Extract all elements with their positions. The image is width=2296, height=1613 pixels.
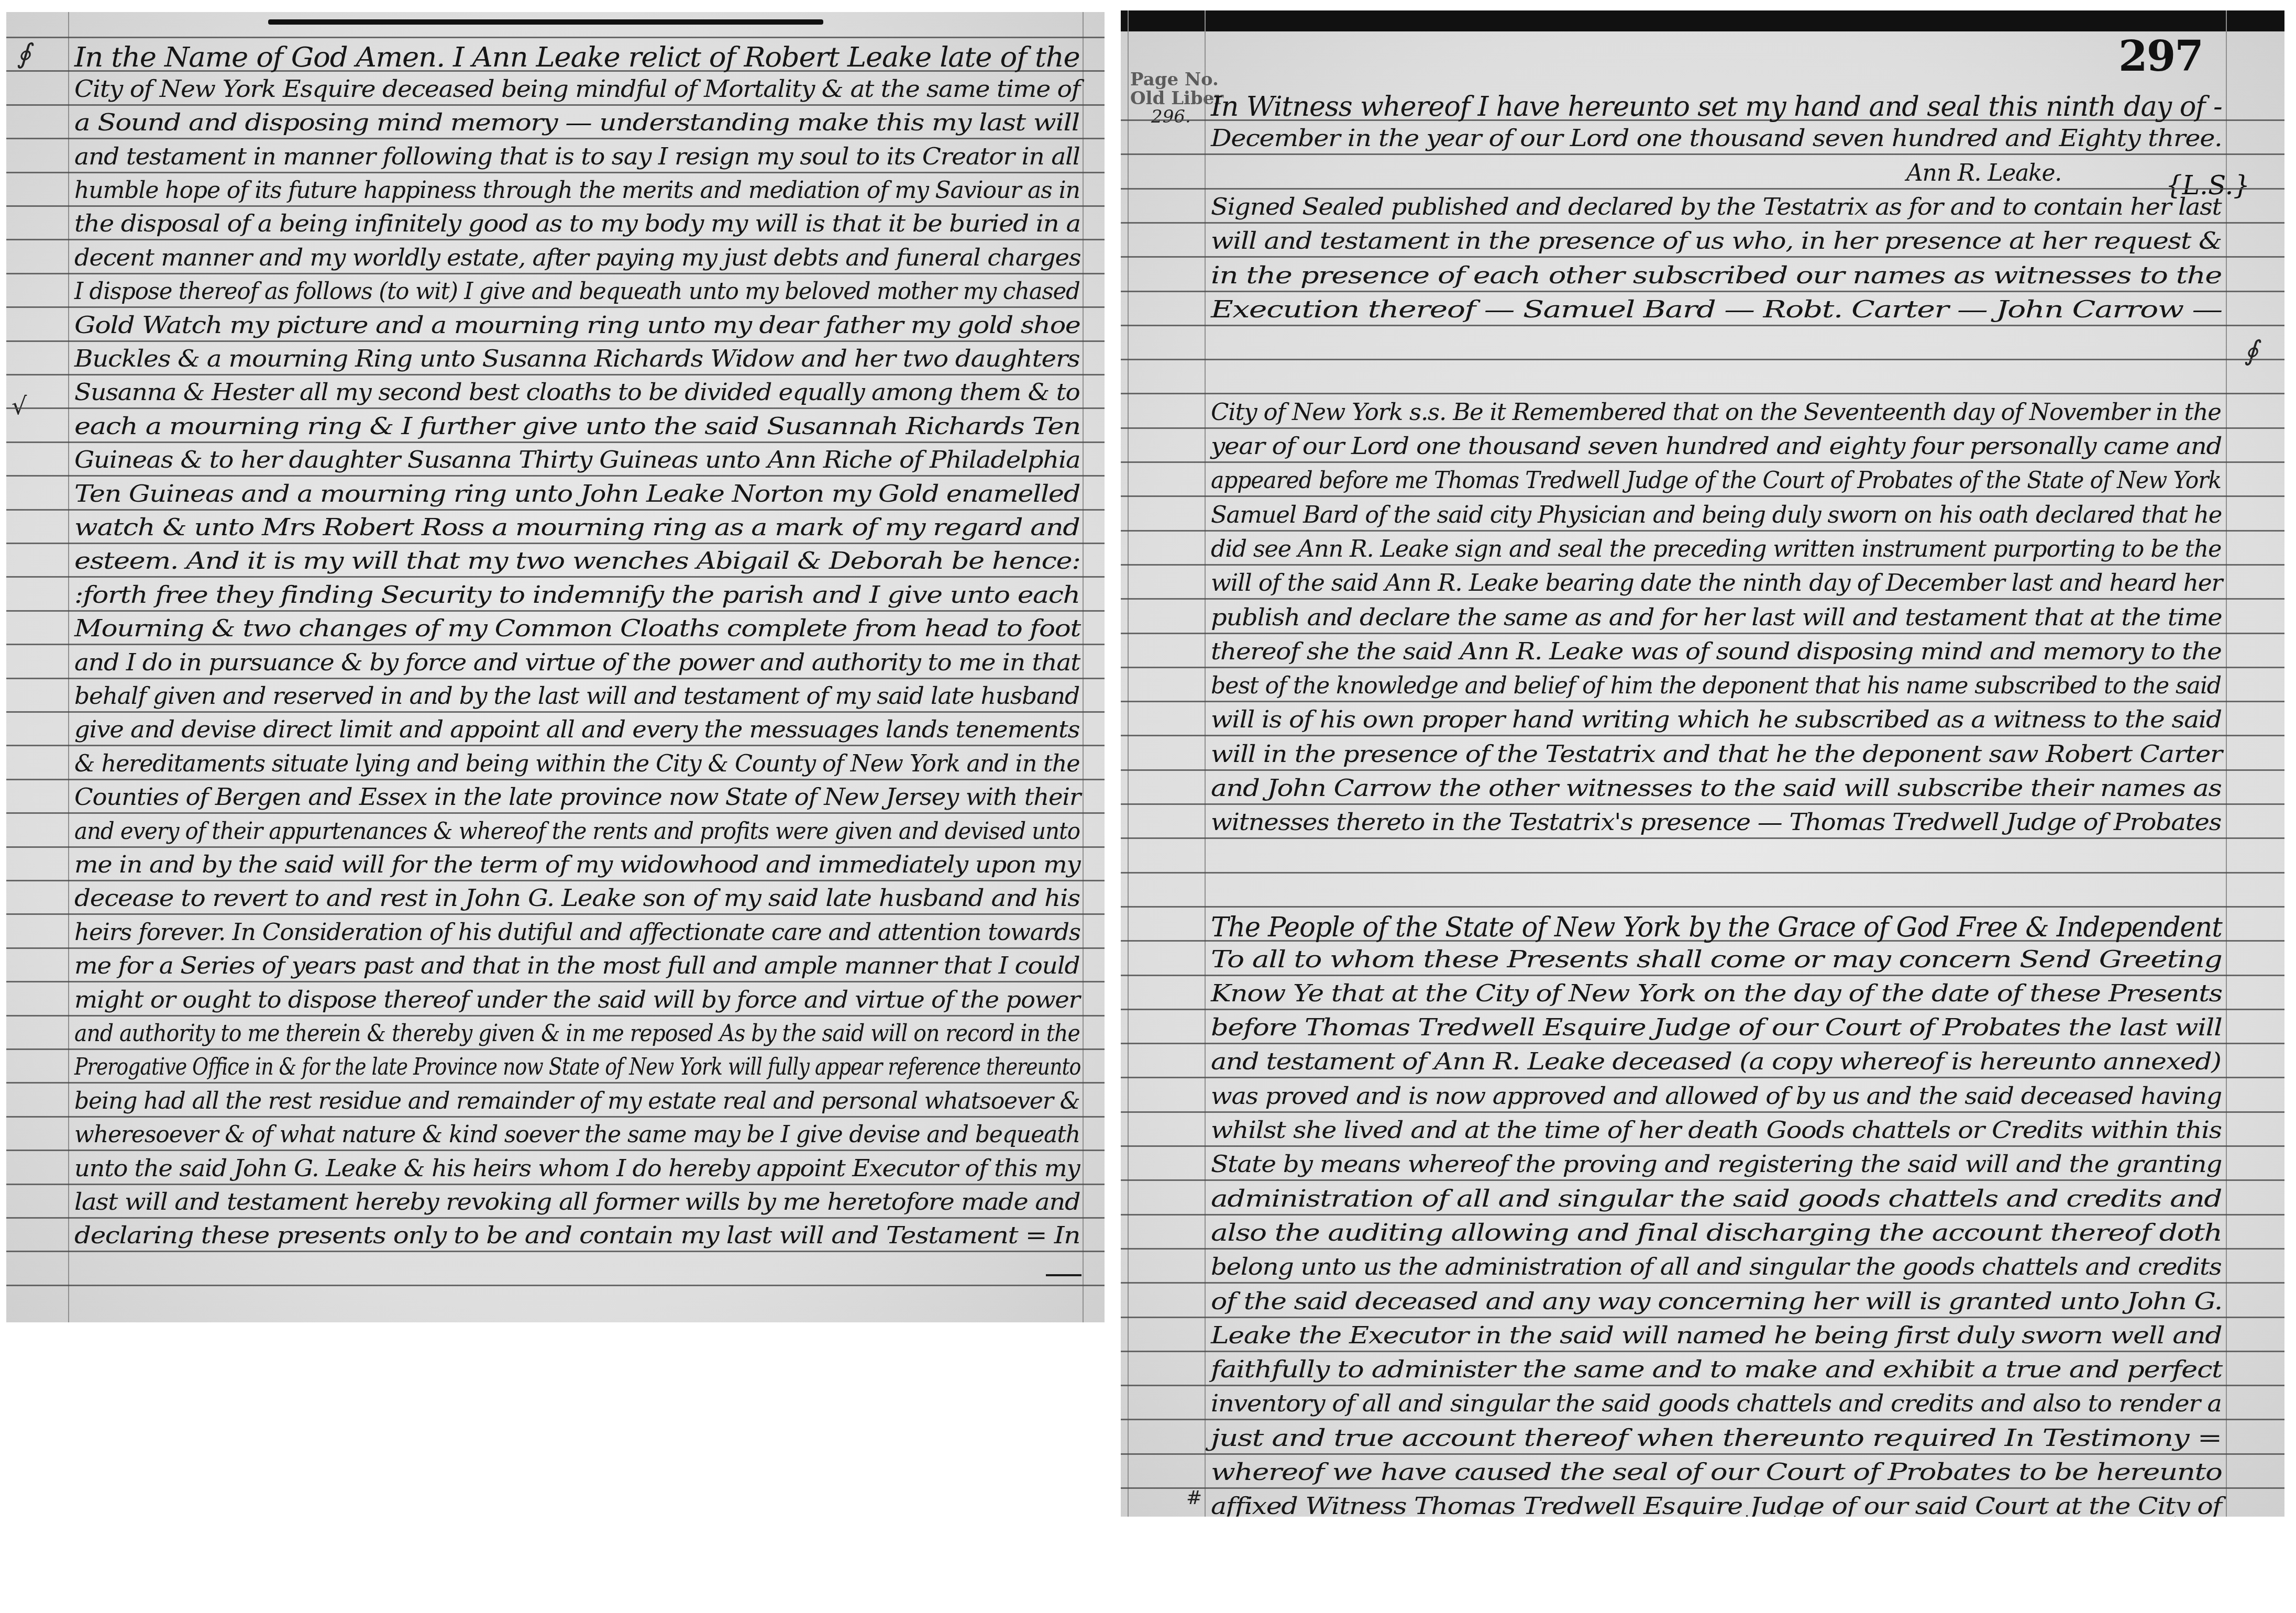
- rule-line: [1121, 598, 2284, 600]
- handwritten-line: and every of their appurtenances & where…: [74, 820, 1080, 843]
- handwritten-line: appeared before me Thomas Tredwell Judge…: [1211, 469, 2221, 492]
- handwritten-line: Samuel Bard of the said city Physician a…: [1211, 504, 2222, 527]
- rule-line: [1121, 735, 2284, 736]
- handwritten-line: To all to whom these Presents shall come…: [1211, 948, 2222, 971]
- rule-line: [1121, 667, 2284, 668]
- handwritten-line: and testament of Ann R. Leake deceased (…: [1211, 1051, 2221, 1074]
- handwritten-line: Know Ye that at the City of New York on …: [1211, 982, 2222, 1006]
- handwritten-line: year of our Lord one thousand seven hund…: [1211, 435, 2222, 458]
- handwritten-line: State by means whereof the proving and r…: [1211, 1153, 2222, 1176]
- rule-line: [1121, 153, 2284, 155]
- rule-line: [6, 407, 1105, 409]
- right-ledger-page: 297 Page No. Old Liber 296. {L.S.} ∮ # I…: [1121, 10, 2284, 1517]
- rule-line: [1121, 1453, 2284, 1455]
- handwritten-line: and I do in pursuance & by force and vir…: [74, 651, 1080, 675]
- handwritten-line: humble hope of its future happiness thro…: [74, 179, 1080, 202]
- handwritten-line: thereof she the said Ann R. Leake was of…: [1211, 640, 2221, 664]
- handwritten-line: declaring these presents only to be and …: [74, 1224, 1080, 1247]
- handwritten-line: inventory of all and singular the said g…: [1211, 1393, 2222, 1416]
- rule-line: [6, 610, 1105, 612]
- rule-line: [6, 1251, 1105, 1252]
- handwritten-line: City of New York Esquire deceased being …: [74, 78, 1080, 101]
- handwritten-line: publish and declare the same as and for …: [1211, 606, 2222, 629]
- handwritten-line: behalf given and reserved in and by the …: [74, 685, 1079, 708]
- handwritten-line: best of the knowledge and belief of him …: [1211, 675, 2221, 698]
- rule-line: [6, 340, 1105, 342]
- handwritten-line: whereof we have caused the seal of our C…: [1211, 1461, 2222, 1484]
- handwritten-line: might or ought to dispose thereof under …: [74, 989, 1080, 1012]
- rule-line: [6, 1048, 1105, 1050]
- right-margin-line: [1083, 12, 1084, 1322]
- rule-line: [1121, 1043, 2284, 1044]
- handwritten-line: decease to revert to and rest in John G.…: [74, 887, 1080, 910]
- rule-line: [6, 1184, 1105, 1185]
- rule-line: [6, 239, 1105, 240]
- handwritten-line: Guineas & to her daughter Susanna Thirty…: [74, 449, 1080, 472]
- handwritten-line: Execution thereof — Samuel Bard — Robt. …: [1211, 299, 2222, 322]
- handwritten-line: and John Carrow the other witnesses to t…: [1211, 777, 2221, 800]
- rule-line: [1121, 495, 2284, 497]
- handwritten-line: In the Name of God Amen. I Ann Leake rel…: [74, 44, 1080, 71]
- handwritten-line: and authority to me therein & thereby gi…: [74, 1022, 1080, 1045]
- handwritten-line: watch & unto Mrs Robert Ross a mourning …: [74, 516, 1079, 539]
- rule-line: [1121, 359, 2284, 360]
- rule-line: [6, 913, 1105, 915]
- handwritten-line: heirs forever. In Consideration of his d…: [74, 921, 1080, 944]
- handwritten-line: the disposal of a being infinitely good …: [74, 213, 1080, 236]
- rule-line: [1121, 1487, 2284, 1489]
- rule-line: [6, 543, 1105, 544]
- handwritten-line: City of New York s.s. Be it Remembered t…: [1211, 401, 2221, 424]
- rule-line: [6, 306, 1105, 308]
- rule-line: [1121, 1419, 2284, 1420]
- margin-mark-paragraph: ∮: [17, 38, 31, 70]
- rule-line: [6, 104, 1105, 106]
- handwritten-line: each a mourning ring & I further give un…: [74, 415, 1080, 438]
- rule-line: [6, 779, 1105, 780]
- rule-line: [6, 273, 1105, 274]
- rule-line: [1121, 1009, 2284, 1010]
- handwritten-line: whilst she lived and at the time of her …: [1211, 1119, 2222, 1142]
- rule-line: [1121, 872, 2284, 874]
- rule-line: [6, 678, 1105, 679]
- rule-line: [6, 1015, 1105, 1017]
- margin-mark-check: √: [12, 392, 27, 420]
- rule-line: [6, 509, 1105, 511]
- handwritten-line: affixed Witness Thomas Tredwell Esquire …: [1211, 1495, 2222, 1517]
- rule-line: [6, 475, 1105, 477]
- handwritten-line: Gold Watch my picture and a mourning rin…: [74, 314, 1080, 337]
- rule-line: [1121, 1077, 2284, 1078]
- handwritten-line: In Witness whereof I have hereunto set m…: [1211, 93, 2222, 120]
- rule-line: [1121, 906, 2284, 908]
- testatrix-signature: Ann R. Leake.: [1906, 162, 2061, 185]
- rule-line: [6, 812, 1105, 814]
- rule-line: [6, 880, 1105, 881]
- rule-line: [6, 1082, 1105, 1084]
- handwritten-line: wheresoever & of what nature & kind soev…: [74, 1123, 1080, 1146]
- rule-line: [1121, 701, 2284, 702]
- handwritten-line: unto the said John G. Leake & his heirs …: [74, 1157, 1079, 1180]
- rule-line: [6, 1217, 1105, 1219]
- rule-line: [1121, 1179, 2284, 1181]
- handwritten-line: will of the said Ann R. Leake bearing da…: [1211, 572, 2222, 595]
- left-margin-line: [1205, 10, 1206, 1517]
- rule-line: [1121, 769, 2284, 771]
- handwritten-line: will is of his own proper hand writing w…: [1211, 709, 2222, 732]
- handwritten-line: give and devise direct limit and appoint…: [74, 719, 1079, 742]
- handwritten-line: me for a Series of years past and that i…: [74, 955, 1079, 978]
- handwritten-line: me in and by the said will for the term …: [74, 854, 1080, 877]
- rule-line: [6, 441, 1105, 443]
- handwritten-line: also the auditing allowing and final dis…: [1211, 1222, 2222, 1245]
- rule-line: [1121, 325, 2284, 326]
- rule-line: [6, 711, 1105, 713]
- rule-line: [1121, 633, 2284, 634]
- handwritten-line: The People of the State of New York by t…: [1211, 914, 2222, 941]
- rule-line: [6, 374, 1105, 375]
- left-ledger-page: ∮ √ In the Name of God Amen. I Ann Leake…: [6, 12, 1105, 1322]
- rule-line: [1121, 1214, 2284, 1216]
- handwritten-line: did see Ann R. Leake sign and seal the p…: [1211, 538, 2221, 561]
- rule-line: [6, 947, 1105, 949]
- handwritten-line: last will and testament hereby revoking …: [74, 1191, 1080, 1214]
- handwritten-line: :forth free they finding Security to ind…: [74, 584, 1080, 607]
- underline-flourish: [1046, 1274, 1081, 1276]
- handwritten-line: Counties of Bergen and Essex in the late…: [74, 786, 1080, 809]
- handwritten-line: Susanna & Hester all my second best cloa…: [74, 381, 1079, 404]
- rule-line: [6, 1150, 1105, 1151]
- handwritten-line: Prerogative Office in & for the late Pro…: [74, 1056, 1080, 1079]
- handwritten-line: esteem. And it is my will that my two we…: [74, 550, 1080, 573]
- right-margin-line: [2226, 10, 2227, 1517]
- stamp-label-page-no: Page No.: [1130, 71, 1223, 90]
- rule-line: [1121, 1317, 2284, 1318]
- handwritten-line: December in the year of our Lord one tho…: [1211, 127, 2222, 150]
- handwritten-line: Signed Sealed published and declared by …: [1211, 196, 2221, 219]
- rule-line: [6, 644, 1105, 645]
- rule-line: [1121, 188, 2284, 190]
- handwritten-line: will and testament in the presence of us…: [1211, 230, 2222, 253]
- rule-line: [6, 981, 1105, 982]
- handwritten-line: witnesses thereto in the Testatrix's pre…: [1211, 811, 2221, 834]
- rule-line: [1121, 1248, 2284, 1250]
- handwritten-line: of the said deceased and any way concern…: [1211, 1290, 2222, 1313]
- handwritten-line: administration of all and singular the s…: [1211, 1188, 2222, 1211]
- rule-line: [1121, 803, 2284, 805]
- margin-mark-paragraph: ∮: [2244, 335, 2258, 367]
- old-liber-stamp: Page No. Old Liber 296.: [1130, 71, 1223, 127]
- book-binding-edge: [1121, 10, 2284, 31]
- rule-line: [6, 172, 1105, 173]
- handwritten-line: Mourning & two changes of my Common Cloa…: [74, 617, 1080, 640]
- rule-line: [1121, 256, 2284, 258]
- handwritten-line: & hereditaments situate lying and being …: [74, 753, 1079, 776]
- handwritten-line: being had all the rest residue and remai…: [74, 1090, 1080, 1113]
- stamp-value: 296.: [1130, 108, 1223, 127]
- handwritten-line: and testament in manner following that i…: [74, 146, 1080, 169]
- rule-line: [6, 576, 1105, 578]
- rule-line: [1121, 975, 2284, 976]
- rule-line: [6, 846, 1105, 848]
- rule-line: [6, 205, 1105, 207]
- handwritten-line: decent manner and my worldly estate, aft…: [74, 247, 1080, 270]
- left-margin-line: [68, 12, 69, 1322]
- handwritten-line: will in the presence of the Testatrix an…: [1211, 743, 2222, 766]
- handwritten-line: was proved and is now approved and allow…: [1211, 1085, 2222, 1108]
- rule-line: [1121, 1351, 2284, 1352]
- header-flourish-bar: [268, 19, 823, 25]
- handwritten-line: a Sound and disposing mind memory — unde…: [74, 112, 1079, 135]
- handwritten-line: Ten Guineas and a mourning ring unto Joh…: [74, 483, 1080, 506]
- rule-line: [1121, 222, 2284, 224]
- handwritten-line: just and true account thereof when there…: [1211, 1427, 2222, 1450]
- rule-line: [6, 37, 1105, 38]
- outer-margin-line: [1128, 10, 1129, 1517]
- rule-line: [1121, 564, 2284, 566]
- handwritten-line: before Thomas Tredwell Esquire Judge of …: [1211, 1017, 2222, 1040]
- handwritten-line: faithfully to administer the same and to…: [1211, 1358, 2222, 1382]
- rule-line: [1121, 393, 2284, 394]
- handwritten-line: I dispose thereof as follows (to wit) I …: [74, 280, 1080, 303]
- rule-line: [1121, 837, 2284, 839]
- rule-line: [1121, 291, 2284, 292]
- handwritten-line: Leake the Executor in the said will name…: [1211, 1324, 2222, 1347]
- rule-line: [1121, 1282, 2284, 1284]
- handwritten-line: belong unto us the administration of all…: [1211, 1256, 2222, 1279]
- rule-line: [6, 1285, 1105, 1286]
- stamp-label-old-liber: Old Liber: [1130, 90, 1223, 108]
- handwritten-line: Buckles & a mourning Ring unto Susanna R…: [74, 348, 1079, 371]
- rule-line: [1121, 1111, 2284, 1113]
- margin-mark-hash: #: [1186, 1487, 1202, 1509]
- rule-line: [1121, 530, 2284, 532]
- rule-line: [1121, 461, 2284, 463]
- rule-line: [1121, 1385, 2284, 1386]
- rule-line: [6, 138, 1105, 139]
- handwritten-line: in the presence of each other subscribed…: [1211, 264, 2222, 288]
- page-number: 297: [2118, 31, 2203, 81]
- rule-line: [6, 1116, 1105, 1118]
- rule-line: [1121, 1145, 2284, 1147]
- rule-line: [1121, 427, 2284, 429]
- rule-line: [6, 745, 1105, 746]
